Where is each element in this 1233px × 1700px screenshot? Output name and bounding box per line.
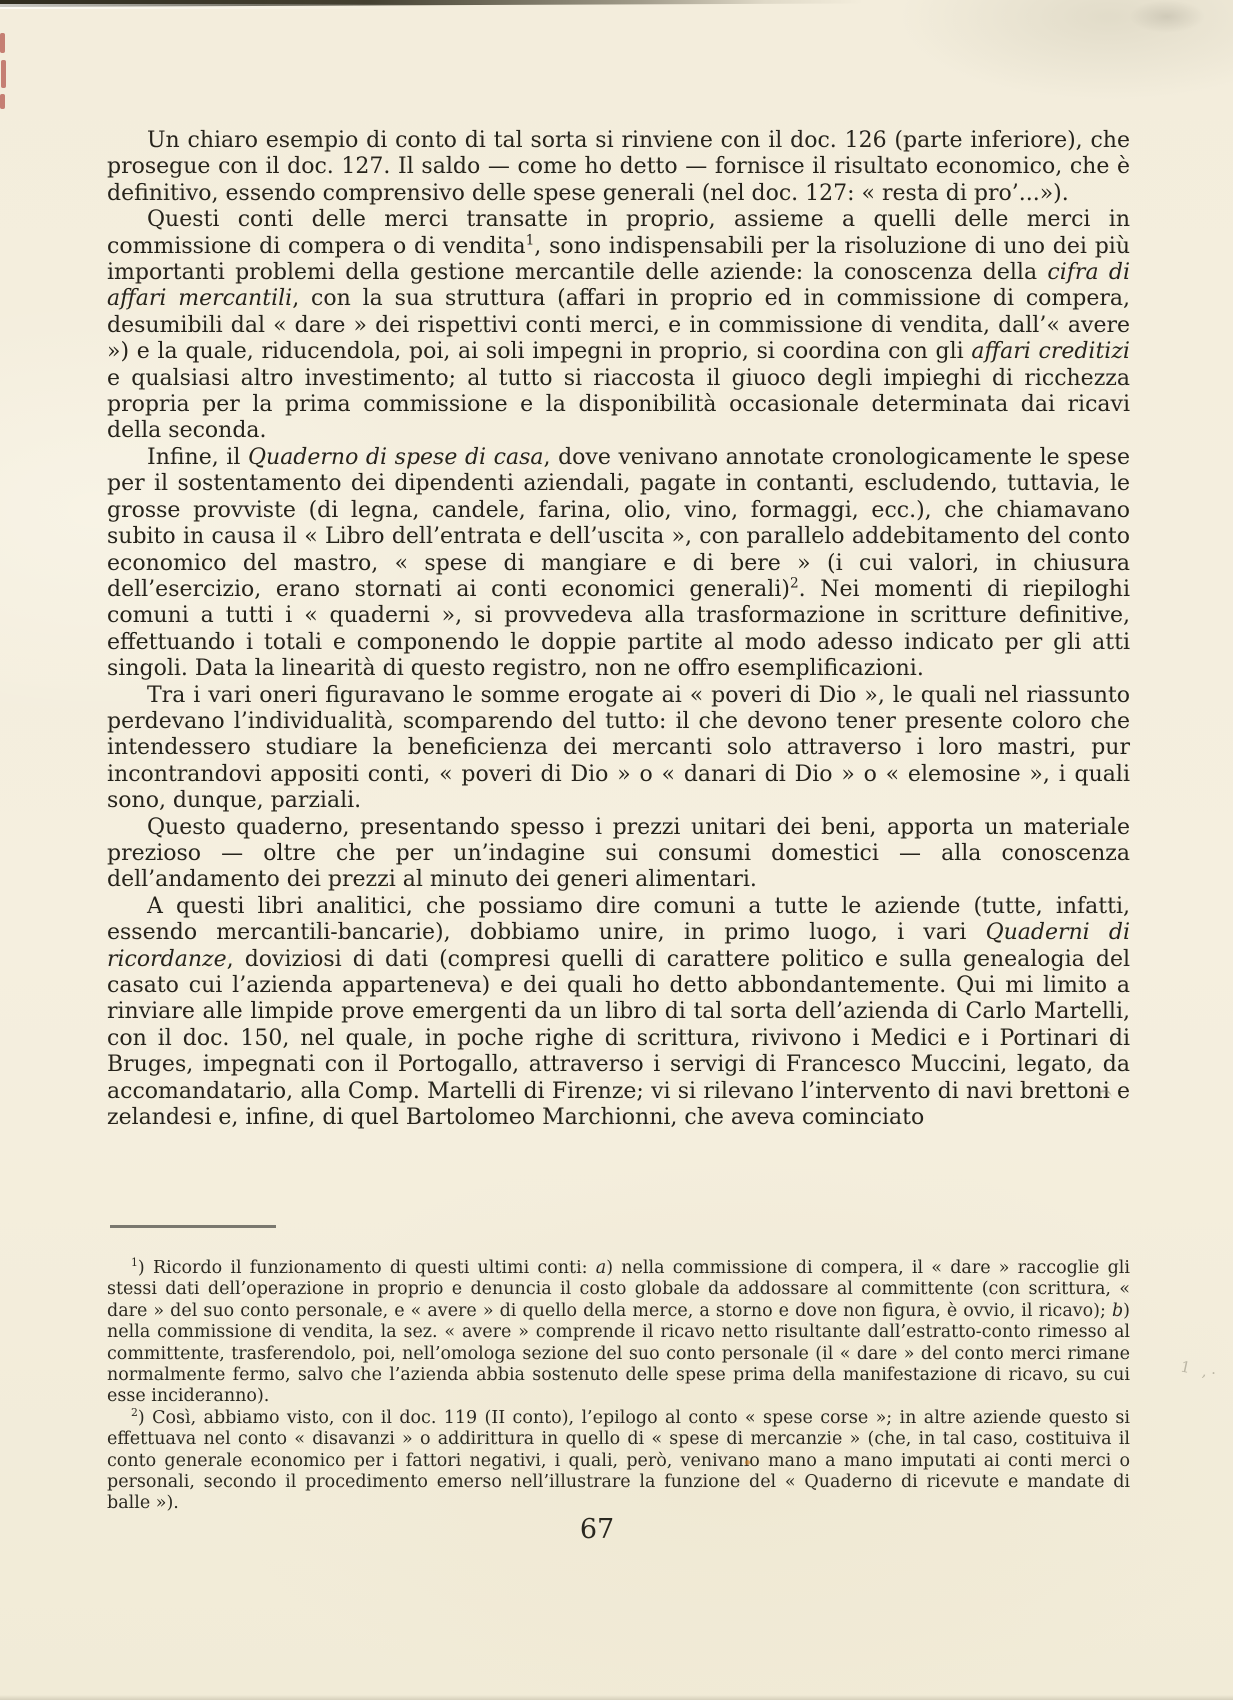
page-number: 67 bbox=[0, 1514, 1194, 1545]
page-scan: Un chiaro esempio di conto di tal sorta … bbox=[0, 0, 1233, 1700]
footnote-divider bbox=[110, 1225, 276, 1228]
paragraph: A questi libri analitici, che possiamo d… bbox=[107, 894, 1130, 1132]
footnotes: 1) Ricordo il funzionamento di questi ul… bbox=[107, 1258, 1130, 1515]
scan-artifact-speck bbox=[745, 1460, 750, 1465]
scan-artifact-bottom-edge bbox=[0, 1695, 1233, 1700]
footnote: 1) Ricordo il funzionamento di questi ul… bbox=[107, 1258, 1130, 1408]
scan-artifact-pencil-marks: 1 ,· bbox=[1174, 1357, 1229, 1406]
scan-artifact-corner-smudge bbox=[1095, 0, 1215, 55]
body-text: Un chiaro esempio di conto di tal sorta … bbox=[107, 128, 1130, 1131]
paragraph: Tra i vari oneri figuravano le somme ero… bbox=[107, 683, 1130, 815]
paragraph: Questi conti delle merci transatte in pr… bbox=[107, 207, 1130, 445]
paragraph: Infine, il Quaderno di spese di casa, do… bbox=[107, 445, 1130, 683]
footnote-marker: 1 bbox=[131, 1256, 138, 1269]
scan-artifact-top-highlight bbox=[0, 4, 469, 9]
footnote-marker: 2 bbox=[131, 1406, 138, 1419]
paragraph: Un chiaro esempio di conto di tal sorta … bbox=[107, 128, 1130, 207]
paragraph: Questo quaderno, presentando spesso i pr… bbox=[107, 815, 1130, 894]
footnote: 2) Così, abbiamo visto, con il doc. 119 … bbox=[107, 1408, 1130, 1515]
